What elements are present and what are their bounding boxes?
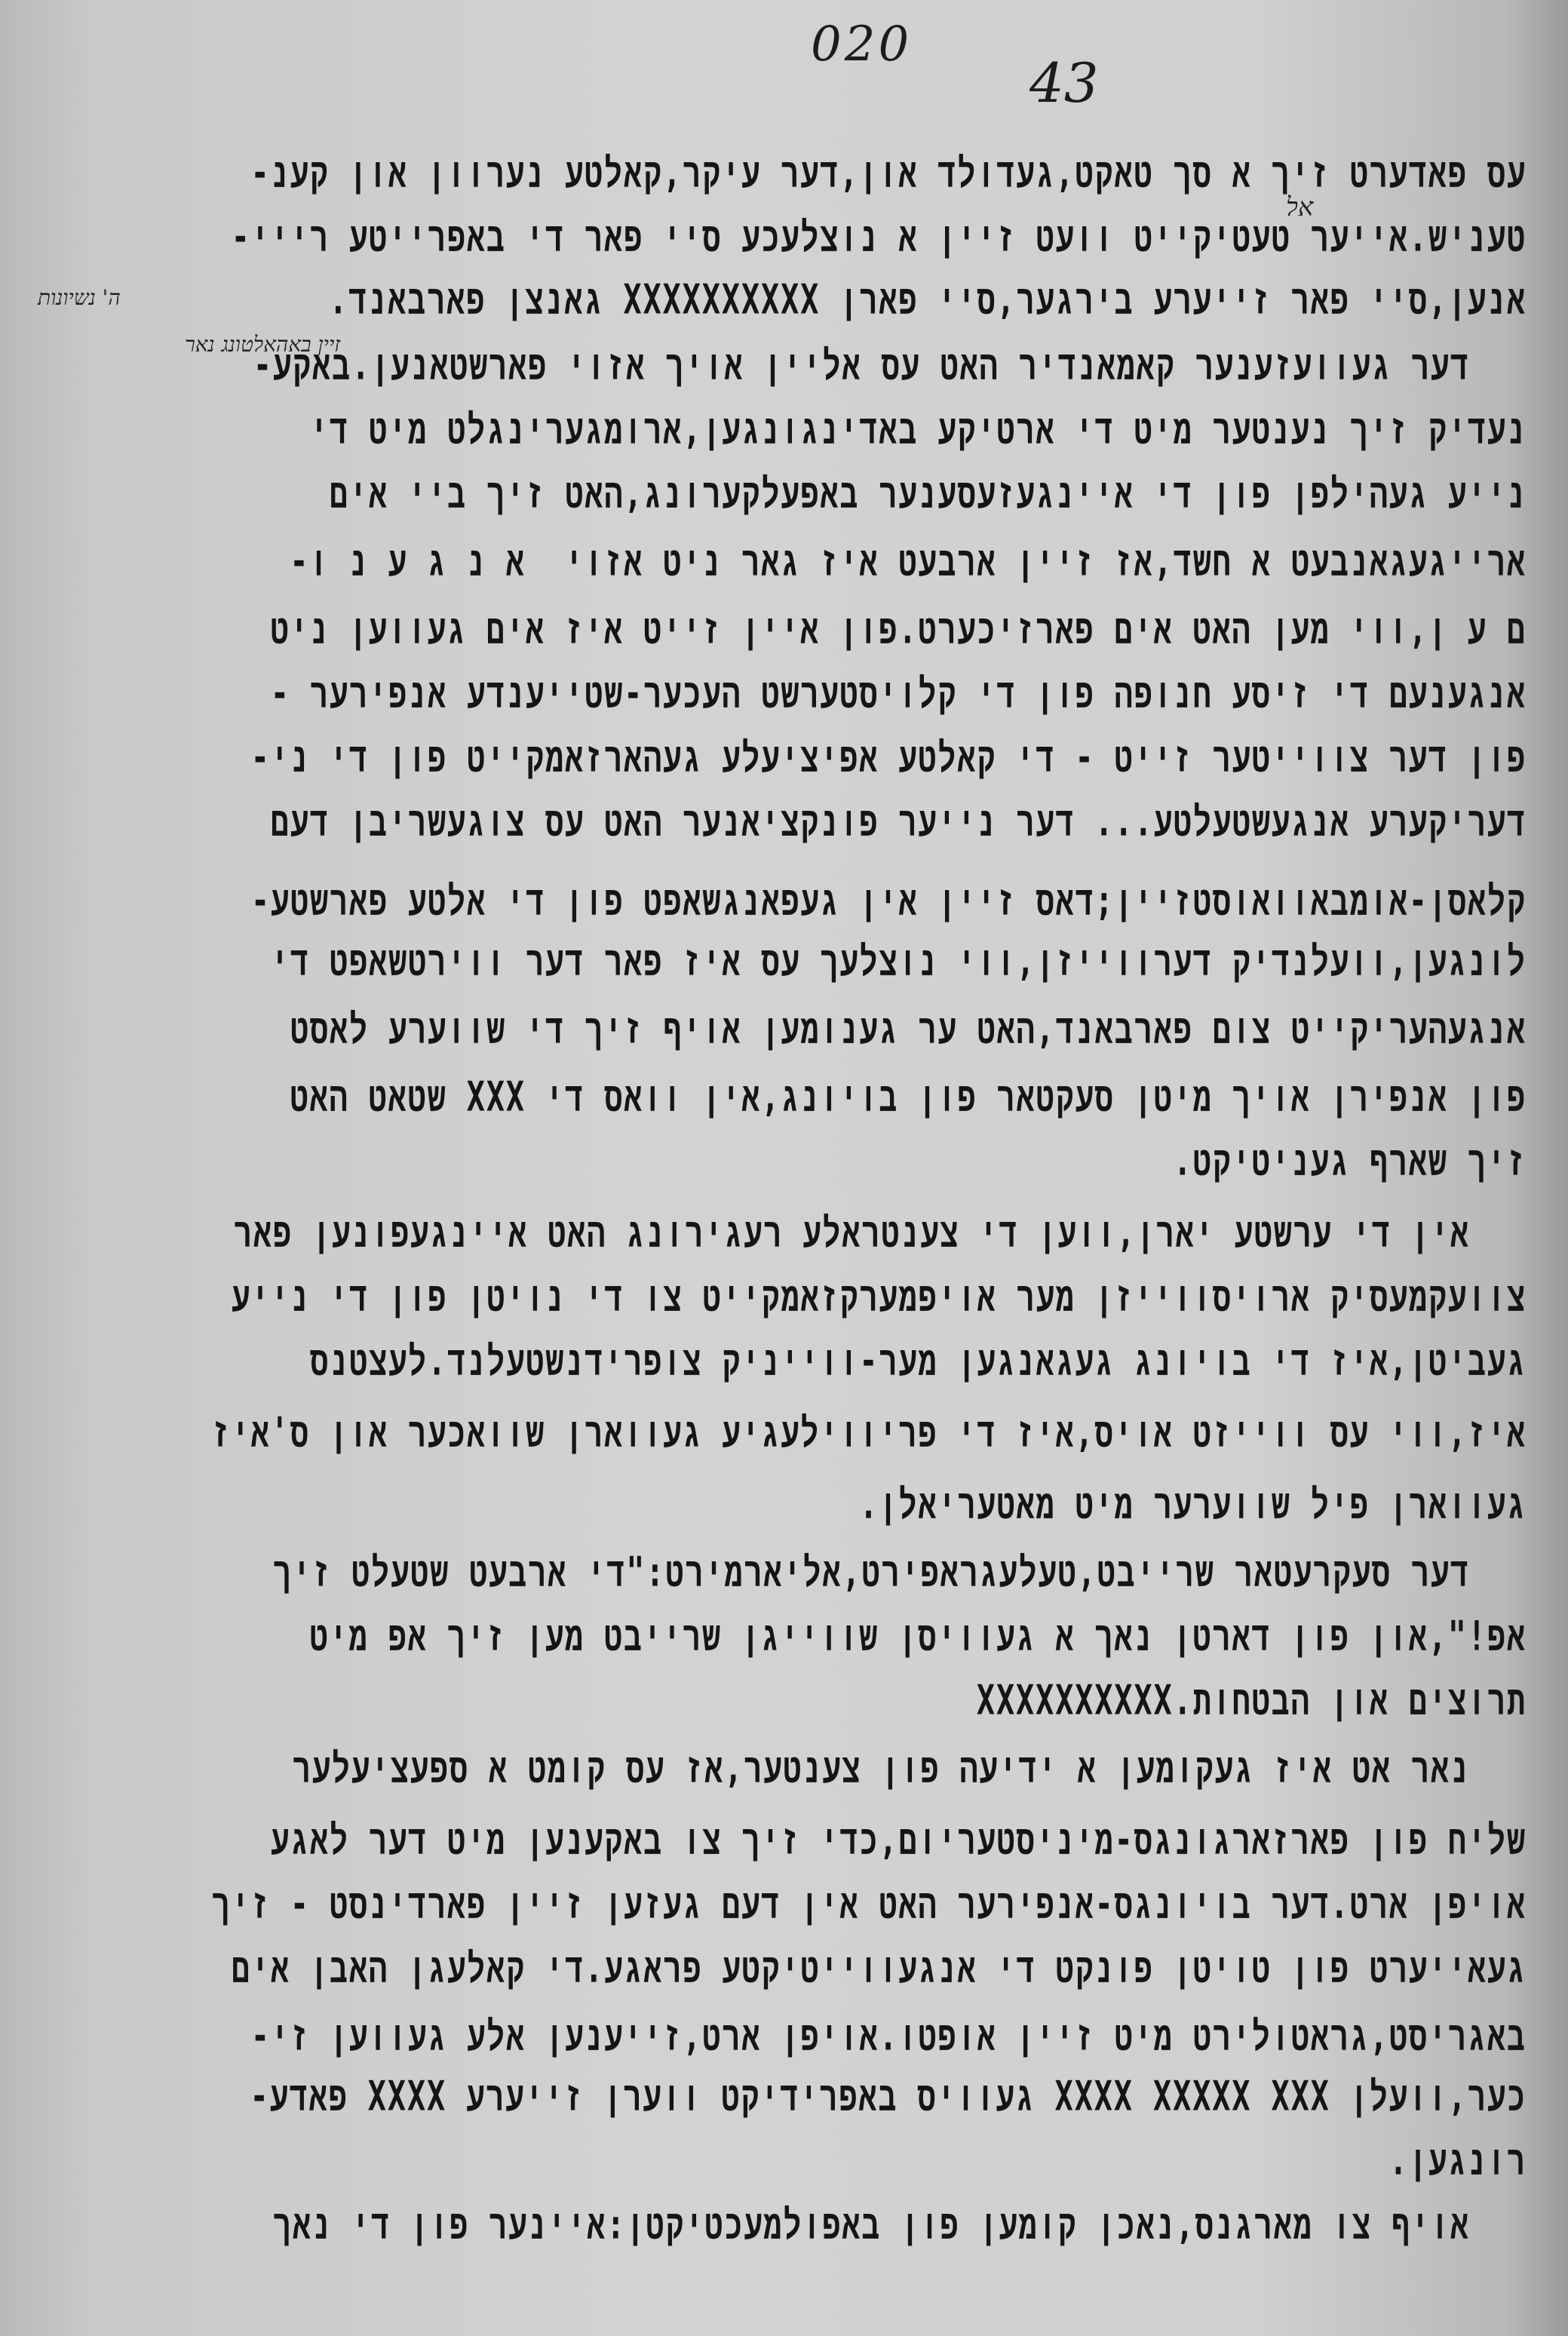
handwritten-annotation: זיין באהאלטונג נאר xyxy=(185,332,340,358)
text-line: אויפן ארט.דער בויונגס-אנפירער האט אין דע… xyxy=(212,1884,1527,1925)
handwritten-annotation: אל xyxy=(1286,192,1313,223)
page-number: 43 xyxy=(1029,51,1099,115)
text-line: פון אנפירן אויך מיטן סעקטאר פון בויונג,א… xyxy=(290,1077,1527,1118)
text-line: אין די ערשטע יארן,ווען די צענטראלע רעגיר… xyxy=(234,1213,1470,1254)
text-line: רונגען. xyxy=(1389,2141,1527,2181)
text-line: צוועקמעסיק ארויסווייזן מער אויפמערקזאמקי… xyxy=(232,1277,1527,1318)
text-line: געאייערט פון טויטן פונקט די אנגעווייטיקט… xyxy=(232,1948,1527,1989)
text-line: איז,ווי עס ווייזט אויס,איז די פריווילעגי… xyxy=(212,1413,1527,1453)
text-line: ם ע ן,ווי מען האט אים פארזיכערט.פון איין… xyxy=(271,609,1527,650)
text-line: פון דער צווייטער זייט - די קאלטע אפיציעל… xyxy=(251,738,1527,778)
text-line: אנגענעם די זיסע חנופה פון די קלויסטערשט … xyxy=(271,674,1527,714)
text-line: דעריקערע אנגעשטעלטע... דער נייער פונקציא… xyxy=(271,802,1527,843)
text-line: באגריסט,גראטולירט מיט זיין אופטו.אויפן א… xyxy=(251,2016,1527,2057)
text-line: זיך שארף געניטיקט. xyxy=(1174,1141,1527,1182)
text-line: לונגען,וועלנדיק דערווייזן,ווי נוצלעך עס … xyxy=(271,941,1527,982)
scanned-document-page: 020 43 עס פאדערט זיך א סך טאקט,געדולד או… xyxy=(0,0,1568,2336)
text-line: דער געוועזענער קאמאנדיר האט עס אליין אוי… xyxy=(253,345,1470,386)
text-line: געווארן פיל שווערער מיט מאטעריאלן. xyxy=(859,1484,1527,1525)
text-line: ארייגעגאנבעט א חשד,אז זיין ארבעט איז גאר… xyxy=(290,542,1527,582)
text-line: שליח פון פארזארגונגס-מיניסטעריום,כדי זיך… xyxy=(271,1820,1527,1861)
text-line: תרוצים און הבטחות.XXXXXXXXXX xyxy=(977,1681,1527,1721)
text-line: דער סעקרעטאר שרייבט,טעלעגראפירט,אליארמיר… xyxy=(273,1552,1470,1593)
text-line: אויף צו מארגנס,נאכן קומען פון באפולמעכטי… xyxy=(273,2205,1470,2245)
text-line: אנען,סיי פאר זייערע בירגער,סיי פארן XXXX… xyxy=(329,280,1527,321)
text-line: כער,וועלן XXXX XXXXX XXX געוויס באפרידיק… xyxy=(250,2077,1527,2117)
text-line: נעדיק זיך נענטער מיט די ארטיקע באדינגונג… xyxy=(310,410,1527,450)
text-line: טעניש.אייער טעטיקייט וועט זיין א נוצלעכע… xyxy=(232,217,1527,258)
archive-number: 020 xyxy=(811,17,912,72)
text-line: נייע געהילפן פון די איינגעזעסענער באפעלק… xyxy=(330,474,1527,514)
text-line: נאר אט איז געקומען א ידיעה פון צענטער,אז… xyxy=(293,1748,1470,1789)
handwritten-annotation: ה' נשיונות xyxy=(38,285,121,311)
text-line: עס פאדערט זיך א סך טאקט,געדולד און,דער ע… xyxy=(251,153,1527,194)
text-line: אפ!",און פון דארטן נאך א געוויסן שווייגן… xyxy=(310,1616,1527,1657)
text-line: געביטן,איז די בויונג געגאנגען מער-ווייני… xyxy=(310,1341,1527,1382)
text-line: אנגעהעריקייט צום פארבאנד,האט ער גענומען … xyxy=(290,1009,1527,1050)
text-line: קלאסן-אומבאוואוסטזיין;דאס זיין אין געפאנ… xyxy=(251,881,1527,922)
